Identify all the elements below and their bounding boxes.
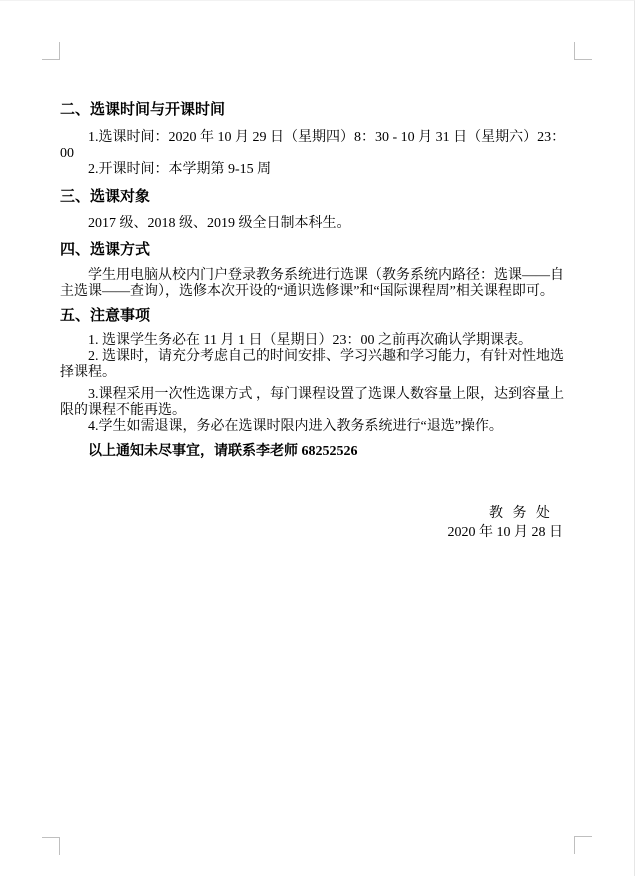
signature-block: 教 务 处 2020 年 10 月 28 日 [60, 504, 574, 542]
note-item-1: 1. 选课学生务必在 11 月 1 日（星期日）23：00 之前再次确认学期课表… [60, 333, 574, 349]
note-item-4: 4.学生如需退课，务必在选课时限内进入教务系统进行“退选”操作。 [60, 419, 574, 435]
notice-body: 二、选课时间与开课时间 1.选课时间：2020 年 10 月 29 日（星期四）… [60, 102, 574, 542]
section-heading-4: 四、选课方式 [60, 242, 574, 258]
crop-mark-bottom-left [42, 837, 60, 855]
crop-mark-bottom-right [574, 836, 592, 854]
paragraph-selection-time: 1.选课时间：2020 年 10 月 29 日（星期四）8：30 - 10 月 … [60, 130, 574, 162]
paragraph-eligible-students: 2017 级、2018 级、2019 级全日制本科生。 [60, 216, 574, 232]
signature-department: 教 务 处 [60, 504, 563, 523]
crop-mark-top-left [42, 42, 60, 60]
document-page: 二、选课时间与开课时间 1.选课时间：2020 年 10 月 29 日（星期四）… [0, 0, 635, 876]
signature-date: 2020 年 10 月 28 日 [60, 523, 563, 542]
contact-note: 以上通知未尽事宜，请联系李老师 68252526 [60, 444, 574, 460]
note-item-2: 2. 选课时，请充分考虑自己的时间安排、学习兴趣和学习能力，有针对性地选择课程。 [60, 349, 574, 381]
section-heading-2: 二、选课时间与开课时间 [60, 102, 574, 118]
paragraph-course-start-time: 2.开课时间：本学期第 9-15 周 [60, 162, 574, 178]
crop-mark-top-right [574, 42, 592, 60]
section-heading-3: 三、选课对象 [60, 189, 574, 205]
paragraph-selection-method: 学生用电脑从校内门户登录教务系统进行选课（教务系统内路径：选课——自主选课——查… [60, 268, 574, 300]
section-heading-5: 五、注意事项 [60, 308, 574, 324]
note-item-3: 3.课程采用一次性选课方式 ，每门课程设置了选课人数容量上限，达到容量上限的课程… [60, 387, 574, 419]
